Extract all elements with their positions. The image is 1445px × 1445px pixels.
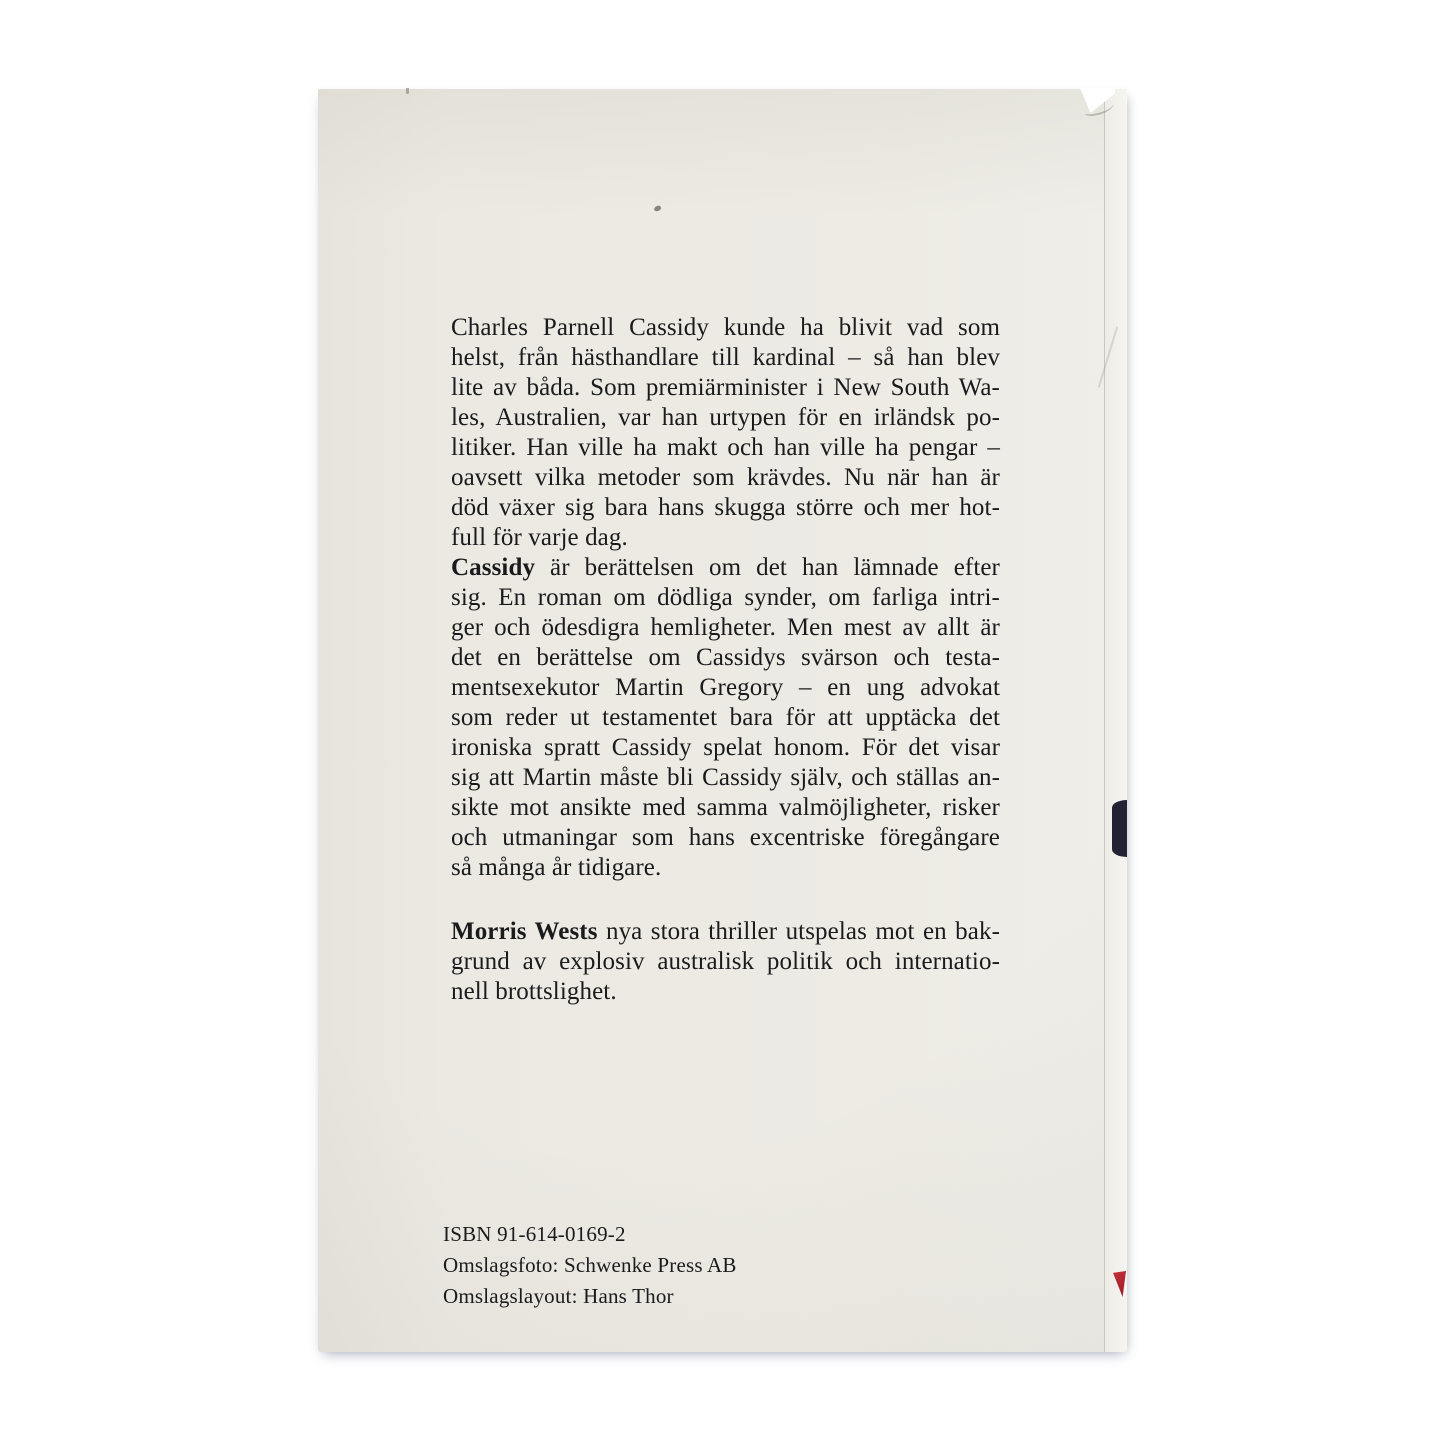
text-line: som reder ut testamentet bara för att up… [451,703,1000,733]
blurb: Charles Parnell Cassidy kunde ha blivit … [451,313,1000,1007]
text-line: nell brottslighet. [451,977,1000,1007]
text-line: lite av båda. Som premiärminister i New … [451,373,1000,403]
dark-circle-mark [1112,800,1127,857]
text-line: helst, från hästhandlare till kardinal –… [451,343,1000,373]
text-line: mentsexekutor Martin Gregory – en ung ad… [451,673,1000,703]
blurb-paragraph: Charles Parnell Cassidy kunde ha blivit … [451,313,1000,553]
text-line: oavsett vilka metoder som krävdes. Nu nä… [451,463,1000,493]
photo-background: Charles Parnell Cassidy kunde ha blivit … [0,0,1445,1445]
blurb-paragraph: Morris Wests nya stora thriller utspelas… [451,917,1000,1007]
text-line: sikte mot ansikte med samma valmöjlighet… [451,793,1000,823]
top-edge-nick [406,88,409,94]
isbn-line: ISBN 91-614-0169-2 [443,1223,737,1245]
book-back-cover: Charles Parnell Cassidy kunde ha blivit … [318,89,1127,1352]
text-line: så många år tidigare. [451,853,1000,883]
text-line: sig att Martin måste bli Cassidy själv, … [451,763,1000,793]
text-line: Cassidy är berättelsen om det han lämnad… [451,553,1000,583]
cover-photo-credit-line: Omslagsfoto: Schwenke Press AB [443,1254,737,1276]
cover-layout-credit-line: Omslagslayout: Hans Thor [443,1285,737,1307]
text-line: litiker. Han ville ha makt och han ville… [451,433,1000,463]
blurb-paragraph: Cassidy är berättelsen om det han lämnad… [451,553,1000,883]
cover-speck [653,205,661,212]
text-line: sig. En roman om dödliga synder, om farl… [451,583,1000,613]
text-line: Morris Wests nya stora thriller utspelas… [451,917,1000,947]
text-line: och utmaningar som hans excentriske före… [451,823,1000,853]
text-line: full för varje dag. [451,523,1000,553]
text-line: ger och ödesdigra hemligheter. Men mest … [451,613,1000,643]
text-line: det en berättelse om Cassidys svärson oc… [451,643,1000,673]
jacket-fold-edge [1104,89,1127,1352]
colophon: ISBN 91-614-0169-2 Omslagsfoto: Schwenke… [443,1223,737,1316]
text-line: ironiska spratt Cassidy spelat honom. Fö… [451,733,1000,763]
text-line: grund av explosiv australisk politik och… [451,947,1000,977]
text-line: Charles Parnell Cassidy kunde ha blivit … [451,313,1000,343]
text-line: les, Australien, var han urtypen för en … [451,403,1000,433]
text-line: död växer sig bara hans skugga större oc… [451,493,1000,523]
